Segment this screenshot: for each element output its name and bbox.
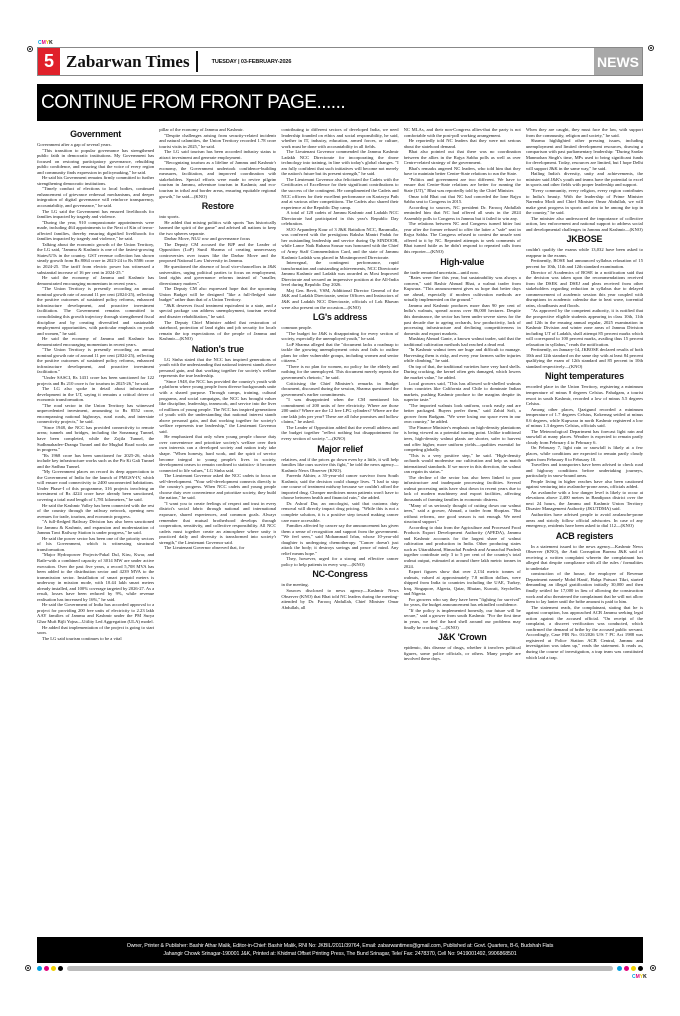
article-heading: Major relief <box>281 444 398 455</box>
section-tag: NEWS <box>594 48 642 75</box>
black-dot-icon <box>638 966 643 971</box>
article-paragraph: "Many of us seriously thought of cutting… <box>404 503 521 525</box>
article-paragraph: He emphasized that only when young peopl… <box>159 434 276 473</box>
article-paragraph: "Every community, every religion, every … <box>526 188 643 216</box>
article-paragraph: "J&K deserves fiscal treatment equivalen… <box>159 303 276 320</box>
article-paragraph: LoP Sharma alleged that the "document la… <box>281 342 398 364</box>
article-paragraph: "The budget for J&K is disappointing for… <box>281 331 398 342</box>
article-paragraph: "Recognizing tourism as a lifeline of Ja… <box>159 160 276 199</box>
article-paragraph: The Deputy CM accused the BJP and the Le… <box>159 242 276 264</box>
article-paragraph: contributing to different sectors of dev… <box>281 127 398 149</box>
article-paragraph: The Deputy Chief Minister added that res… <box>159 320 276 342</box>
article-paragraph: The Lieutenant Governor also felicitated… <box>281 177 398 210</box>
article-paragraph: "The Union Territory is presently record… <box>37 286 154 336</box>
article-paragraph: The Meteorological Department has foreca… <box>526 429 643 446</box>
article-paragraph: Bhat's remarks angered NC leaders, who t… <box>404 166 521 177</box>
article-paragraph: Authorities have advised people to avoid… <box>526 512 643 529</box>
article-paragraph: He said the Government of India has acco… <box>37 602 154 624</box>
article-columns: GovernmentGovernment after a gap of seve… <box>37 127 643 933</box>
article-paragraph: People living in higher reaches have als… <box>526 479 643 490</box>
article-paragraph: The statement reads, the complainant, st… <box>526 605 643 660</box>
article-paragraph: "This transition to popular governance h… <box>37 148 154 176</box>
article-paragraph: Dr. Ashraf Dar, an oncologist, said that… <box>281 501 398 523</box>
article-paragraph: Interregnal, the contingent performance,… <box>281 260 398 288</box>
black-dot-icon <box>58 966 63 971</box>
article-paragraph: "Timely conduct of elections to local bo… <box>37 186 154 208</box>
imprint-footer: Owner, Printer & Publisher: Bashir Athar… <box>37 937 643 963</box>
registration-mark-icon <box>27 46 33 52</box>
article-paragraph: "If the policy is implemented honestly, … <box>404 608 521 630</box>
article-paragraph: The Deputy CM also expressed hope that t… <box>159 286 276 303</box>
article-paragraph: Talking about the economic growth of the… <box>37 242 154 275</box>
article-paragraph: He reportedly told NC leaders that they … <box>404 138 521 149</box>
article-paragraph: Bhat also pointed out that there was no … <box>404 149 521 166</box>
article-paragraph: Travellers and transporters have been ad… <box>526 462 643 479</box>
article-paragraph: "I want you to create feelings of respec… <box>159 501 276 545</box>
article-paragraph: Sharma highlighted other pressing issues… <box>526 138 643 171</box>
dateline: TUESDAY | 03-FEBRUARY-2026 <box>198 48 594 75</box>
article-paragraph: A total of 128 cadets of Jammu Kashmir a… <box>281 210 398 227</box>
yellow-dot-icon <box>631 966 636 971</box>
article-paragraph: According to data from the Agriculture a… <box>404 525 521 569</box>
article-paragraph: Hailing India's diversity, unity and ach… <box>526 171 643 188</box>
article-paragraph: relatives, and if the prices go down eve… <box>281 457 398 474</box>
article-paragraph: The decline of the sector has also been … <box>404 475 521 503</box>
column-1: GovernmentGovernment after a gap of seve… <box>37 127 154 933</box>
article-paragraph: "I was disappointed when the CM mentione… <box>281 397 398 425</box>
article-paragraph: He said the power sector has been one of… <box>37 536 154 553</box>
article-heading: High-value <box>404 257 521 268</box>
article-paragraph: SUO Arpandeep Kour of 3 J&K Battalion NC… <box>281 227 398 260</box>
article-paragraph: Families affected by cancer say the anno… <box>281 523 398 556</box>
article-paragraph: He said the economy of Jammu and Kashmir… <box>37 336 154 347</box>
article-paragraph: The Finance Minister's emphasis on high-… <box>404 425 521 453</box>
article-paragraph: The minister also underscored the import… <box>526 216 643 233</box>
article-paragraph: They, however, urged for a strong and ef… <box>281 556 398 567</box>
registration-mark-icon <box>25 965 31 971</box>
grey-bar <box>67 966 613 971</box>
article-paragraph: The LG said tourism has been accorded in… <box>159 149 276 160</box>
article-paragraph: For growers who say they have been "figh… <box>404 597 521 608</box>
article-paragraph: "The road sector in the Union Territory … <box>37 403 154 425</box>
article-heading: ACB registers <box>526 531 643 542</box>
article-heading: LG's address <box>281 312 398 323</box>
article-paragraph: construction of the house, the employee … <box>526 571 643 604</box>
magenta-dot-icon <box>624 966 629 971</box>
article-heading: Government <box>37 129 154 140</box>
article-paragraph: Criticising the Chief Minister's remarks… <box>281 381 398 398</box>
article-paragraph: Maj Gen. Bevit, VSM, Additional Director… <box>281 288 398 310</box>
article-paragraph: Local growers said, "This has allowed so… <box>404 381 521 403</box>
article-heading: NC-Congress <box>281 569 398 580</box>
article-paragraph: He added that implementation of the proj… <box>37 625 154 636</box>
article-paragraph: Director of Academics of BOSE in a notif… <box>526 270 643 309</box>
column-2: pillar of the economy of Jammu and Kashm… <box>159 127 276 933</box>
registration-mark-icon <box>650 965 656 971</box>
column-3: contributing to different sectors of dev… <box>281 127 398 933</box>
cmyk-k: K <box>49 40 53 46</box>
article-paragraph: "During the year, 910 compassionate appo… <box>37 220 154 242</box>
article-paragraph: He said the economy of Jammu and Kashmir… <box>37 275 154 286</box>
article-paragraph: When they are caught, they must face the… <box>526 127 643 138</box>
article-paragraph: He questioned the absence of local vice-… <box>159 264 276 286</box>
article-heading: Night temperatures <box>526 371 643 382</box>
column-4: NC MLAs, and their non-Congress allies-t… <box>404 127 521 933</box>
cyan-dot-icon <box>37 966 42 971</box>
article-heading: J&K 'Crown <box>404 632 521 643</box>
article-paragraph: Pertinently, on January-14, JKBOSE decla… <box>526 347 643 369</box>
article-heading: JKBOSE <box>526 234 643 245</box>
article-paragraph: "The Union Territory is presently record… <box>37 347 154 375</box>
article-paragraph: Mushtaq Ahmad Ganie, a known walnut trad… <box>404 336 521 347</box>
article-paragraph: Export figures show that over 2,134 metr… <box>404 569 521 597</box>
article-paragraph: recorded place in the Union Territory, r… <box>526 384 643 406</box>
article-paragraph: couldn't qualify the exams while 13,032 … <box>526 247 643 258</box>
magenta-dot-icon <box>44 966 49 971</box>
imprint-line-1: Owner, Printer & Publisher: Bashir Athar… <box>37 942 643 950</box>
article-heading: Nation's true <box>159 344 276 355</box>
column-5: When they are caught, they must face the… <box>526 127 643 933</box>
article-paragraph: On February 7, light rain or snowfall is… <box>526 445 643 462</box>
article-paragraph: "As approved by the competent authority,… <box>526 308 643 347</box>
article-paragraph: On top of that, the traditional varietie… <box>404 364 521 381</box>
article-paragraph: "Major Hydropower Projects-Pakal Dul, Ki… <box>37 552 154 602</box>
article-paragraph: The LG said the Government has ensured l… <box>37 209 154 220</box>
article-paragraph: "Rates were fine this year, but sustaina… <box>404 275 521 303</box>
article-paragraph: Omar told Bhat out that NC had conceded … <box>404 194 521 205</box>
article-paragraph: "A full-fledged Railway Division has als… <box>37 519 154 536</box>
article-paragraph: Fareeda Akhter, a 35-year-old cancer sur… <box>281 473 398 501</box>
article-paragraph: He said the Kashmir Valley has been conn… <box>37 503 154 520</box>
article-paragraph: The LG also spoke in detail about infras… <box>37 386 154 403</box>
page-number: 5 <box>38 48 60 75</box>
banner-title: CONTINUE FROM FRONT PAGE...... <box>41 92 345 114</box>
registration-mark-icon <box>648 45 654 51</box>
article-paragraph: "Under SASCI, Rs 1431 crore has been san… <box>37 375 154 386</box>
imprint-line-2: Jahangir Chowk Srinagar-190001 J&K, Prin… <box>37 950 643 958</box>
article-paragraph: "Since 1948, the NCC has provided connec… <box>37 425 154 453</box>
cmyk-k: K <box>643 974 647 980</box>
article-paragraph: "Rs 1968 crore has been sanctioned for 2… <box>37 453 154 470</box>
article-paragraph: "My Government places on record its deep… <box>37 469 154 502</box>
article-paragraph: NC MLAs, and their non-Congress allies-t… <box>404 127 521 138</box>
article-paragraph: Sources disclosed to news agency—Kashmir… <box>281 588 398 610</box>
article-paragraph: The Leader of Opposition added that the … <box>281 425 398 442</box>
article-paragraph: The Lieutenant Governor commended the Ja… <box>281 149 398 177</box>
article-paragraph: He added that mixing politics with sport… <box>159 220 276 237</box>
article-paragraph: epidemic, this disease of drugs, whether… <box>404 645 521 662</box>
article-paragraph: Among other places, Qazigund recorded a … <box>526 407 643 429</box>
article-paragraph: The Lieutenant Governor asked the NCC ca… <box>159 473 276 501</box>
article-paragraph: Jammu and Kashmir produces more than 90 … <box>404 303 521 336</box>
article-paragraph: He said his Government remains firmly co… <box>37 175 154 186</box>
cmyk-label-top: CMYK <box>38 40 53 46</box>
cyan-dot-icon <box>617 966 622 971</box>
article-paragraph: Pertinently, BOSE had announced syllabus… <box>526 258 643 269</box>
cmyk-label-bottom: CMYK <box>632 974 647 980</box>
article-paragraph: "The imported walnuts look uniform, crac… <box>404 403 521 425</box>
yellow-dot-icon <box>51 966 56 971</box>
article-paragraph: "In Kashmir walnut trees are huge and di… <box>404 347 521 364</box>
article-paragraph: "Politics and government are two differe… <box>404 177 521 194</box>
article-paragraph: "Since 1948, the NCC has provided the co… <box>159 379 276 434</box>
article-paragraph: "Despite challenges arising from securit… <box>159 133 276 150</box>
article-heading: Restore <box>159 201 276 212</box>
article-paragraph: The Lieutenant Governor observed that, f… <box>159 545 276 551</box>
article-paragraph: "This is a very positive step," he said.… <box>404 453 521 475</box>
article-paragraph: The LG said tourism continues to be a vi… <box>37 636 154 642</box>
page-banner: CONTINUE FROM FRONT PAGE...... <box>37 84 643 121</box>
paper-name: Zabarwan Times <box>60 51 198 72</box>
color-calibration-bar <box>37 965 643 971</box>
article-paragraph: LG Sinha stated that the NCC has inspire… <box>159 357 276 379</box>
article-paragraph: An avalanche with a low danger level is … <box>526 490 643 512</box>
article-paragraph: The relations between NC and Congress tu… <box>404 221 521 254</box>
article-paragraph: According to sources, NC president Dr. F… <box>404 205 521 222</box>
masthead: 5 Zabarwan Times TUESDAY | 03-FEBRUARY-2… <box>37 47 643 76</box>
article-paragraph: "There is no plan for women, no policy f… <box>281 364 398 381</box>
article-paragraph: In a statement issued to the news agency… <box>526 544 643 572</box>
